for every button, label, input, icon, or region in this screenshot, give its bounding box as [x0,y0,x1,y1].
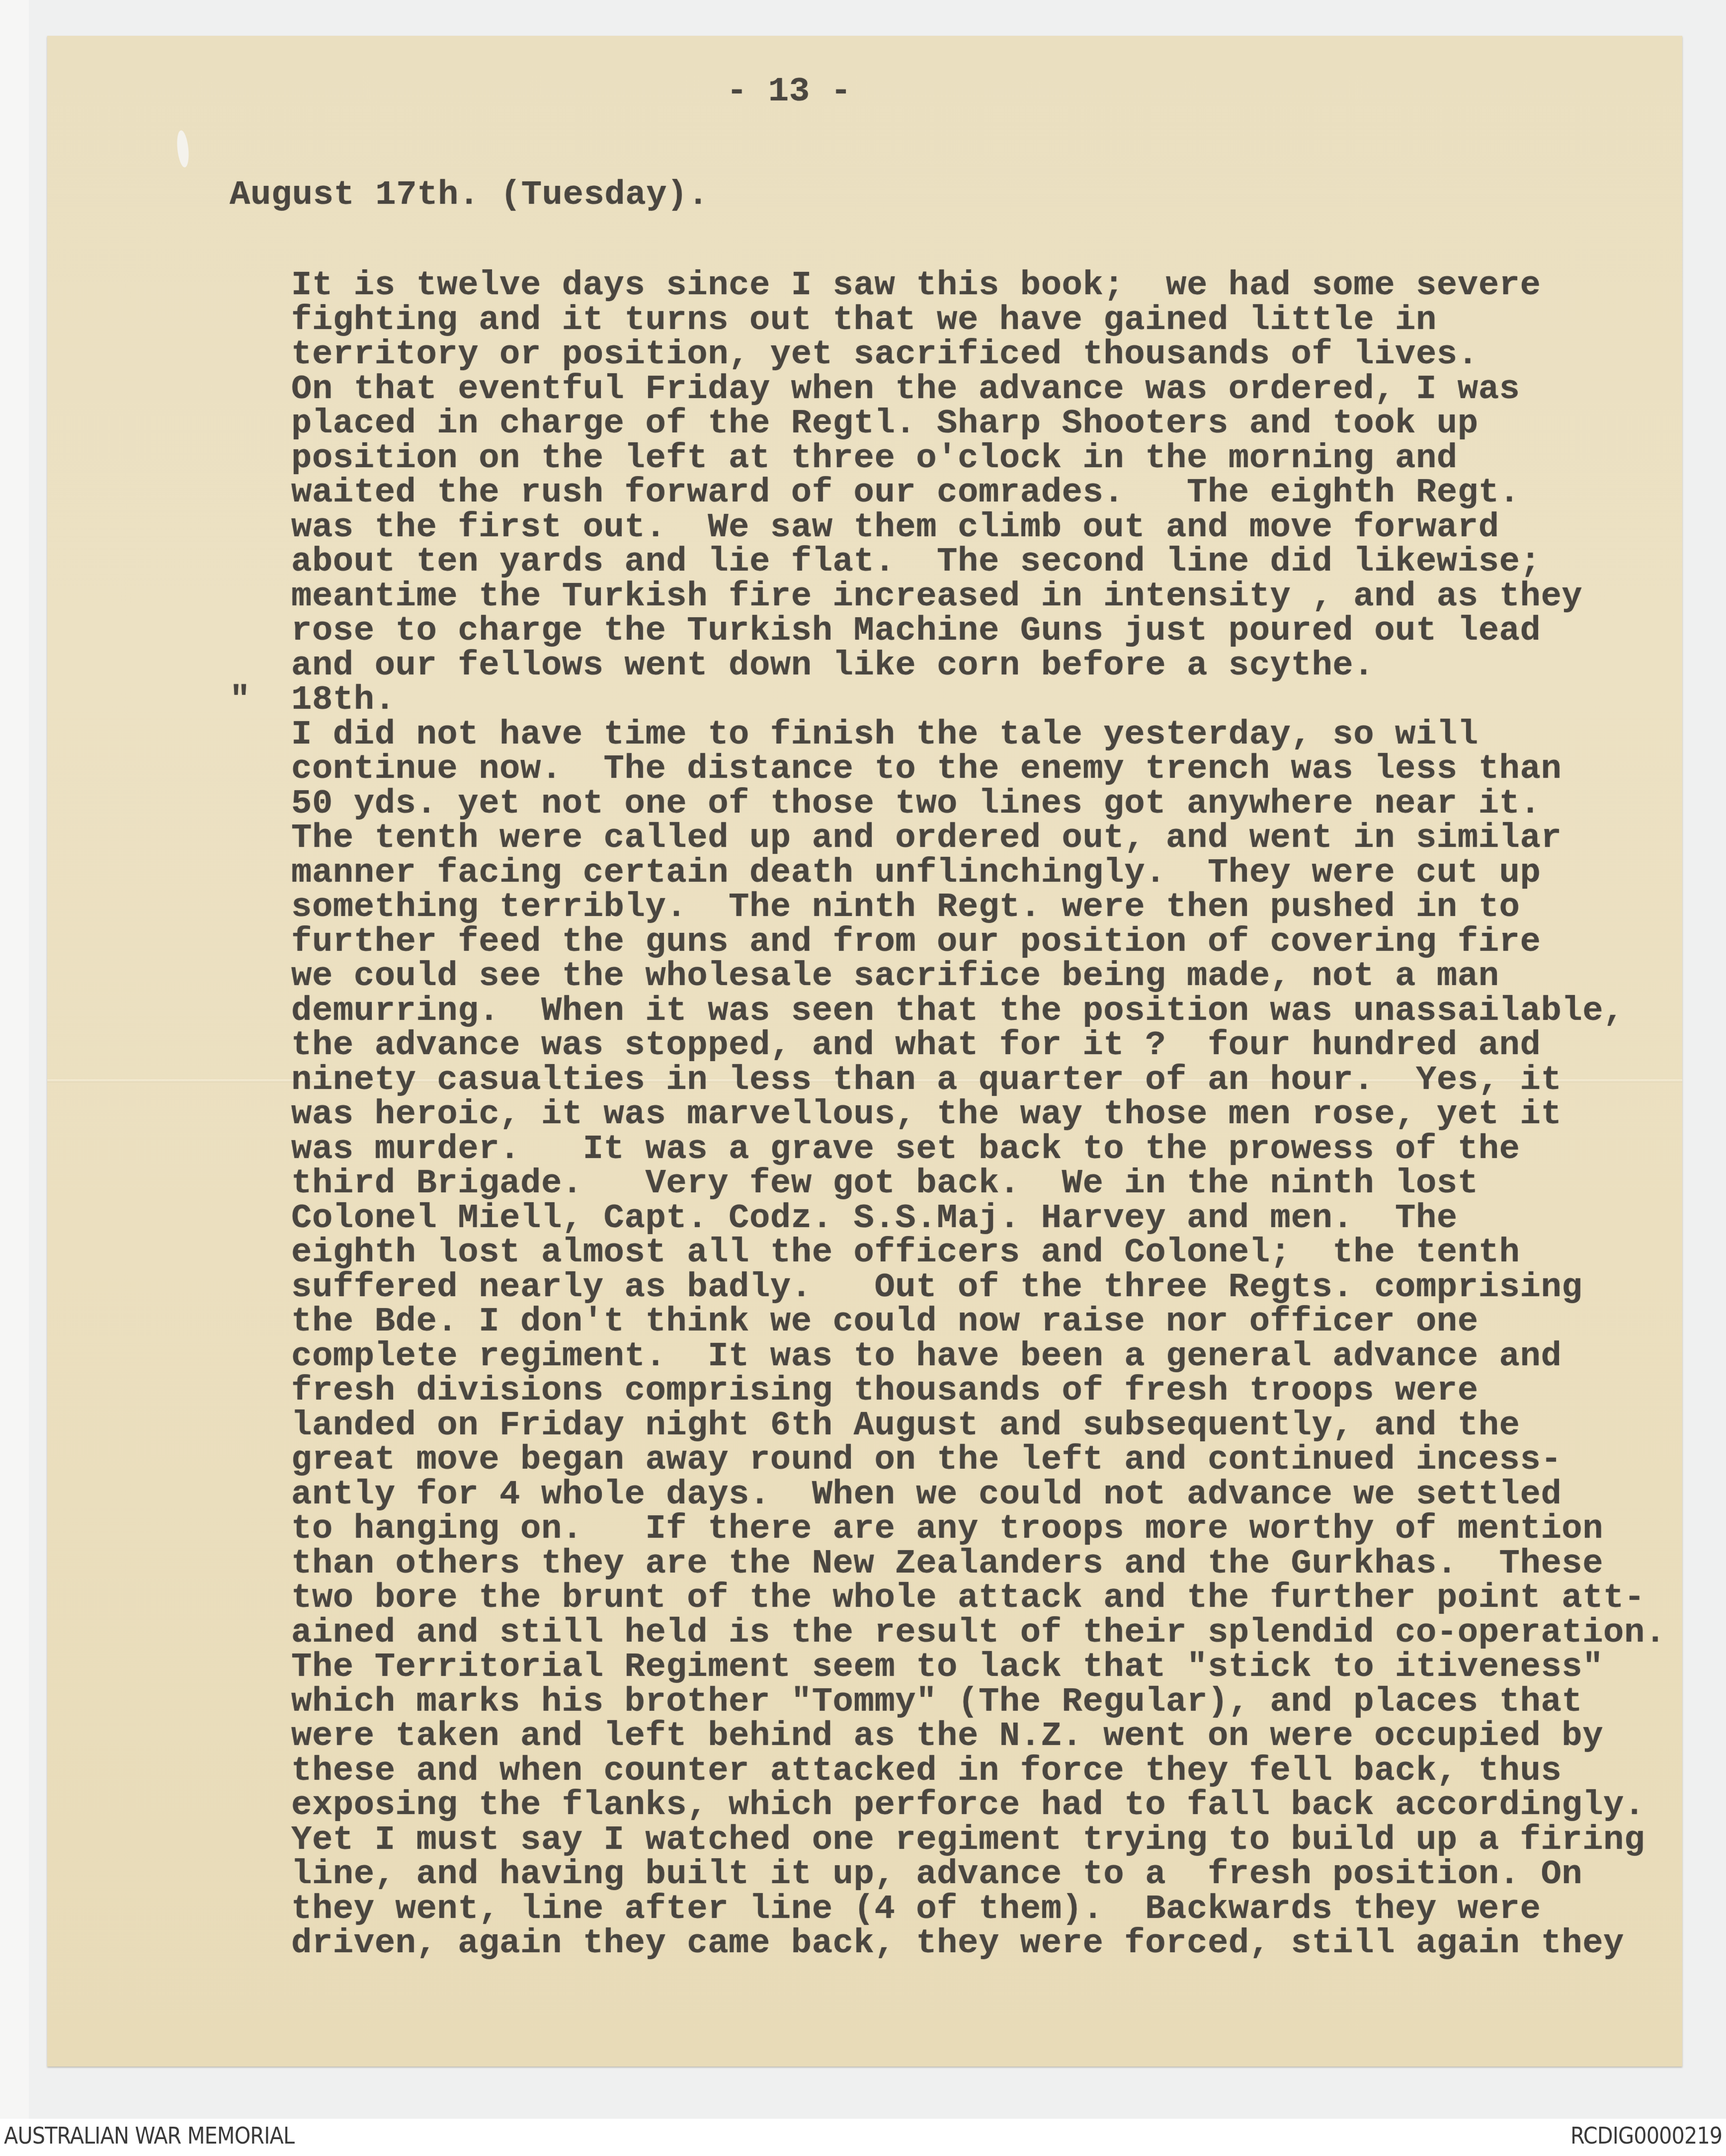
archive-reference-id: RCDIG0000219 [1570,2122,1722,2149]
body-line: antly for 4 whole days. When we could no… [291,1478,1666,1512]
archive-credit: AUSTRALIAN WAR MEMORIAL [4,2122,294,2149]
body-line: they went, line after line (4 of them). … [291,1892,1666,1927]
body-line: landed on Friday night 6th August and su… [291,1409,1666,1443]
body-line: Yet I must say I watched one regiment tr… [291,1823,1666,1858]
body-line: position on the left at three o'clock in… [291,441,1666,476]
body-line: exposing the flanks, which perforce had … [291,1788,1666,1823]
body-line: Colonel Miell, Capt. Codz. S.S.Maj. Harv… [291,1201,1666,1236]
body-line: territory or position, yet sacrificed th… [291,337,1666,372]
body-line: On that eventful Friday when the advance… [291,372,1666,407]
page-number: - 13 - [727,75,851,109]
body-line: than others they are the New Zealanders … [291,1547,1666,1581]
body-line: ninety casualties in less than a quarter… [291,1063,1666,1098]
body-line: about ten yards and lie flat. The second… [291,545,1666,580]
entry-heading: August 17th. (Tuesday). [230,178,709,213]
body-line: third Brigade. Very few got back. We in … [291,1166,1666,1201]
body-line: 18th. [291,683,1666,718]
body-line: It is twelve days since I saw this book;… [291,268,1666,303]
body-line: to hanging on. If there are any troops m… [291,1512,1666,1547]
body-line: two bore the brunt of the whole attack a… [291,1581,1666,1616]
body-line: and our fellows went down like corn befo… [291,649,1666,683]
body-line: rose to charge the Turkish Machine Guns … [291,614,1666,649]
body-line: eighth lost almost all the officers and … [291,1236,1666,1270]
diary-body: It is twelve days since I saw this book;… [291,268,1666,1961]
body-line: I did not have time to finish the tale y… [291,718,1666,752]
body-line: The tenth were called up and ordered out… [291,821,1666,856]
body-line: waited the rush forward of our comrades.… [291,476,1666,510]
ditto-mark: " [230,683,250,718]
body-line: were taken and left behind as the N.Z. w… [291,1719,1666,1754]
body-line: was heroic, it was marvellous, the way t… [291,1097,1666,1132]
body-line: suffered nearly as badly. Out of the thr… [291,1270,1666,1305]
body-line: The Territorial Regiment seem to lack th… [291,1650,1666,1685]
body-line: these and when counter attacked in force… [291,1754,1666,1789]
body-line: complete regiment. It was to have been a… [291,1339,1666,1374]
body-line: the advance was stopped, and what for it… [291,1028,1666,1063]
body-line: fighting and it turns out that we have g… [291,303,1666,338]
body-line: was murder. It was a grave set back to t… [291,1132,1666,1167]
body-line: further feed the guns and from our posit… [291,925,1666,960]
body-line: something terribly. The ninth Regt. were… [291,890,1666,925]
scan-margin-strip [0,0,29,2119]
body-line: placed in charge of the Regtl. Sharp Sho… [291,407,1666,441]
body-line: great move began away round on the left … [291,1443,1666,1478]
body-line: which marks his brother "Tommy" (The Reg… [291,1685,1666,1720]
body-line: demurring. When it was seen that the pos… [291,994,1666,1029]
body-line: continue now. The distance to the enemy … [291,752,1666,787]
body-line: driven, again they came back, they were … [291,1926,1666,1961]
body-line: was the first out. We saw them climb out… [291,510,1666,545]
punch-hole [175,130,190,168]
body-line: we could see the wholesale sacrifice bei… [291,959,1666,994]
body-line: meantime the Turkish fire increased in i… [291,580,1666,614]
body-line: 50 yds. yet not one of those two lines g… [291,787,1666,822]
body-line: the Bde. I don't think we could now rais… [291,1305,1666,1339]
body-line: line, and having built it up, advance to… [291,1857,1666,1892]
body-line: fresh divisions comprising thousands of … [291,1374,1666,1409]
body-line: manner facing certain death unflinchingl… [291,856,1666,891]
body-line: ained and still held is the result of th… [291,1616,1666,1651]
